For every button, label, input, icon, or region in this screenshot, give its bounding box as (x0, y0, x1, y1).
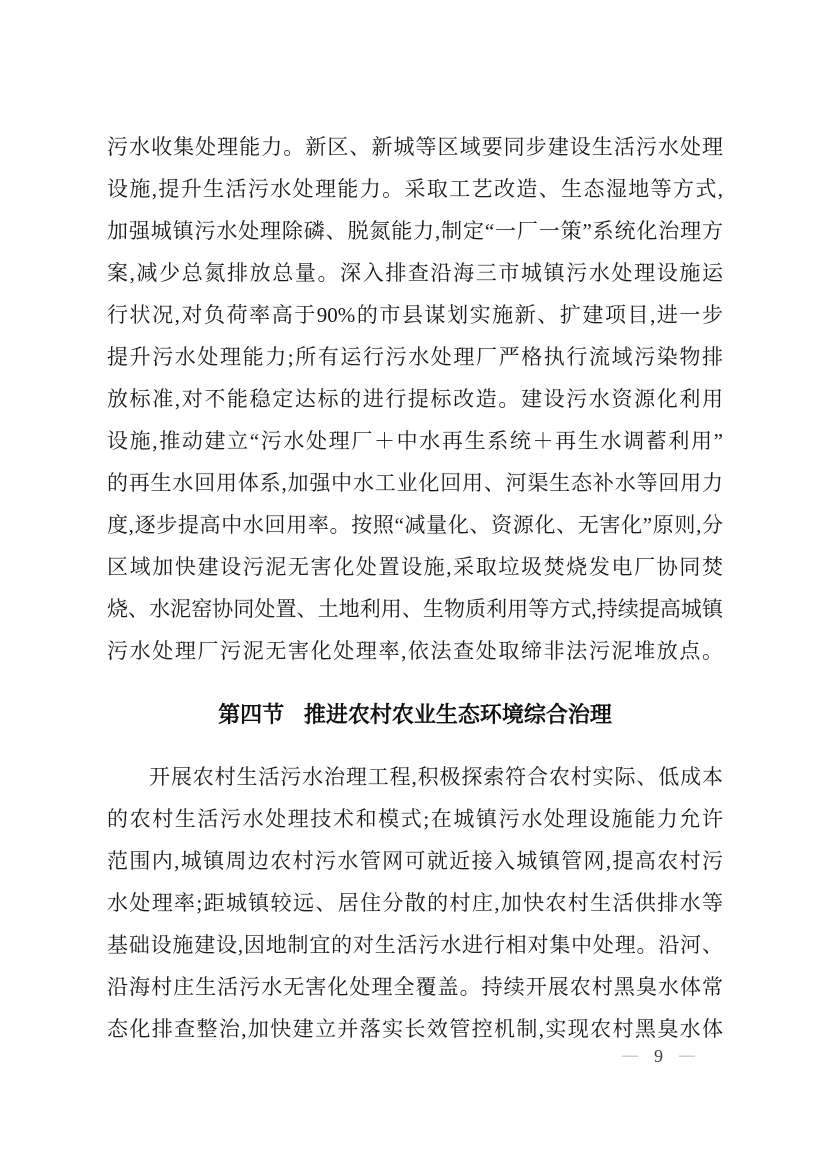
text-line: 行状况,对负荷率高于90%的市县谋划实施新、扩建项目,进一步 (107, 294, 723, 336)
text-line: 污水收集处理能力。新区、新城等区域要同步建设生活污水处理 (107, 126, 723, 168)
page-content: 污水收集处理能力。新区、新城等区域要同步建设生活污水处理 设施,提升生活污水处理… (107, 126, 723, 1050)
paragraph-urban-sewage-treatment: 污水收集处理能力。新区、新城等区域要同步建设生活污水处理 设施,提升生活污水处理… (107, 126, 723, 672)
text-line: 案,减少总氮排放总量。深入排查沿海三市城镇污水处理设施运 (107, 252, 723, 294)
page-number: 9 (654, 1046, 663, 1066)
footer-dash-left: — (622, 1046, 638, 1066)
text-line: 的农村生活污水处理技术和模式;在城镇污水处理设施能力允许 (107, 798, 723, 840)
text-line: 沿海村庄生活污水无害化处理全覆盖。持续开展农村黑臭水体常 (107, 966, 723, 1008)
text-line: 污水处理厂污泥无害化处理率,依法查处取缔非法污泥堆放点。 (107, 630, 723, 672)
text-line: 水处理率;距城镇较远、居住分散的村庄,加快农村生活供排水等 (107, 882, 723, 924)
text-line: 设施,推动建立“污水处理厂＋中水再生系统＋再生水调蓄利用” (107, 420, 723, 462)
text-line: 提升污水处理能力;所有运行污水处理厂严格执行流域污染物排 (107, 336, 723, 378)
text-line: 区域加快建设污泥无害化处置设施,采取垃圾焚烧发电厂协同焚 (107, 546, 723, 588)
text-line: 范围内,城镇周边农村污水管网可就近接入城镇管网,提高农村污 (107, 840, 723, 882)
section-heading-title: 推进农村农业生态环境综合治理 (304, 702, 612, 727)
text-line: 放标准,对不能稳定达标的进行提标改造。建设污水资源化利用 (107, 378, 723, 420)
page-footer: — 9 — (622, 1046, 695, 1066)
section-heading: 第四节推进农村农业生态环境综合治理 (107, 694, 723, 736)
text-line: 烧、水泥窑协同处置、土地利用、生物质利用等方式,持续提高城镇 (107, 588, 723, 630)
text-line: 态化排查整治,加快建立并落实长效管控机制,实现农村黑臭水体 (107, 1008, 723, 1050)
paragraph-rural-environment: 开展农村生活污水治理工程,积极探索符合农村实际、低成本 的农村生活污水处理技术和… (107, 756, 723, 1050)
text-line: 设施,提升生活污水处理能力。采取工艺改造、生态湿地等方式, (107, 168, 723, 210)
text-line: 加强城镇污水处理除磷、脱氮能力,制定“一厂一策”系统化治理方 (107, 210, 723, 252)
document-page: 污水收集处理能力。新区、新城等区域要同步建设生活污水处理 设施,提升生活污水处理… (0, 0, 827, 1169)
text-line: 度,逐步提高中水回用率。按照“减量化、资源化、无害化”原则,分 (107, 504, 723, 546)
text-line: 开展农村生活污水治理工程,积极探索符合农村实际、低成本 (107, 756, 723, 798)
section-heading-label: 第四节 (218, 702, 284, 727)
text-line: 的再生水回用体系,加强中水工业化回用、河渠生态补水等回用力 (107, 462, 723, 504)
text-line: 基础设施建设,因地制宜的对生活污水进行相对集中处理。沿河、 (107, 924, 723, 966)
footer-dash-right: — (679, 1046, 695, 1066)
